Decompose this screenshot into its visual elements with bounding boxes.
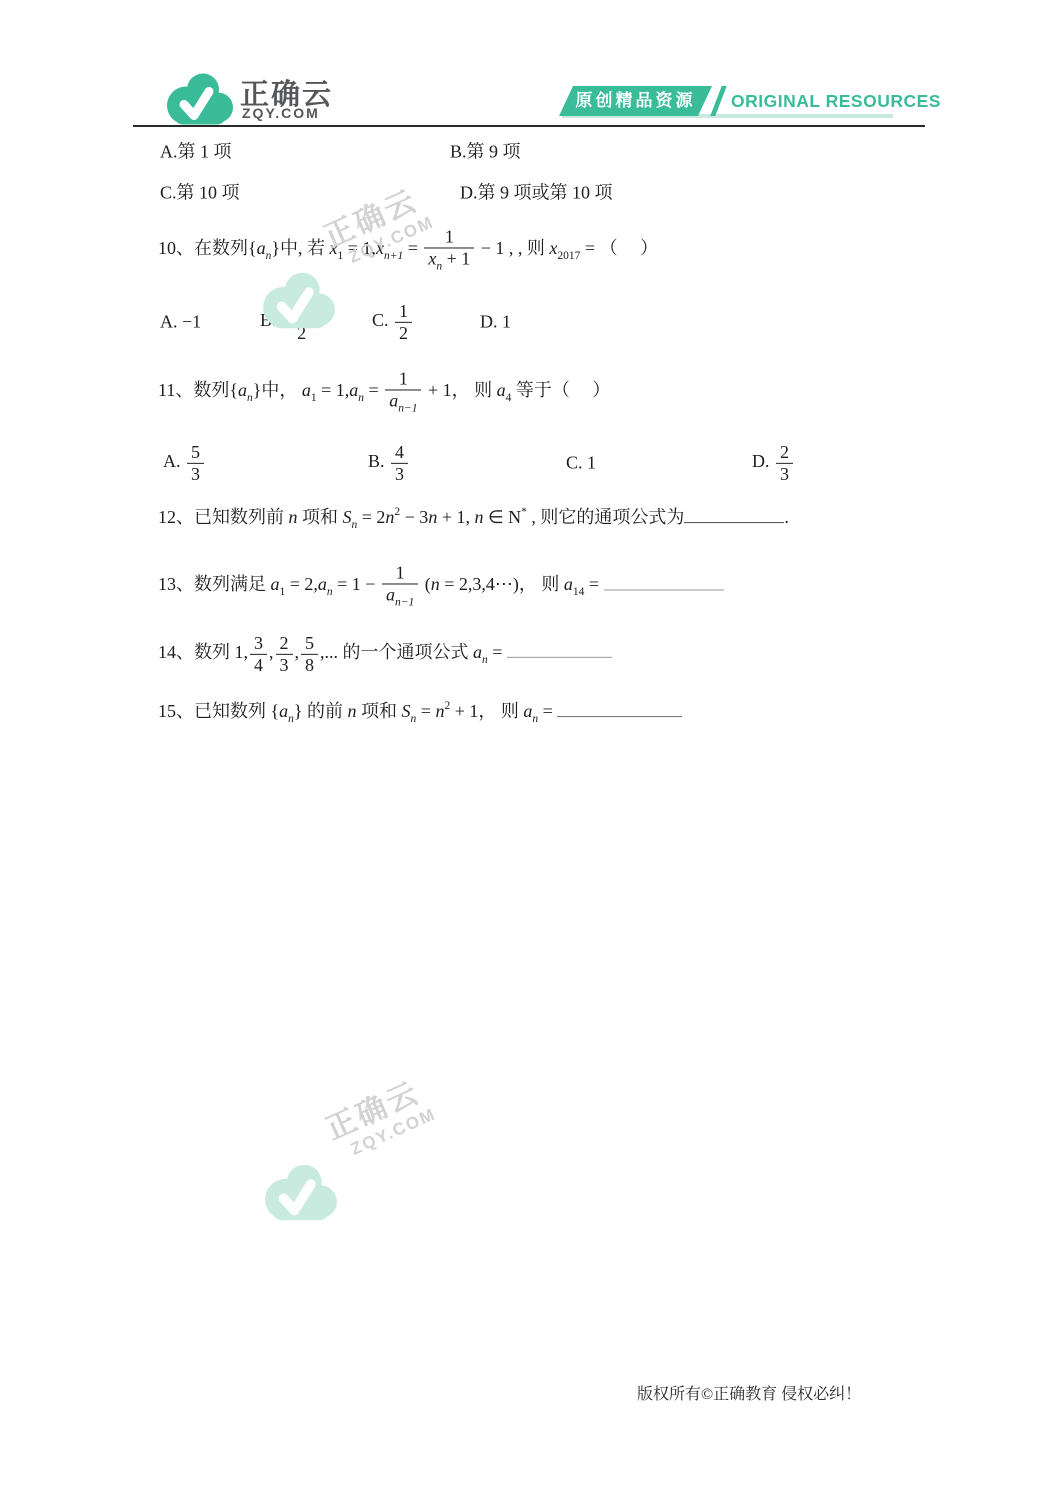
- text-seg: + 1: [442, 249, 470, 269]
- options-row-q9-ab: B.第 9 项: [450, 140, 521, 163]
- text-seg: 中, 若: [280, 238, 330, 258]
- fraction-numerator: 2: [776, 442, 793, 464]
- math-variable: a: [497, 380, 506, 400]
- question-10-options: A. −1: [160, 310, 201, 333]
- math-variable: a: [473, 642, 482, 662]
- text-seg: }: [294, 701, 303, 721]
- answer-blank: [684, 503, 784, 523]
- fraction: 12: [395, 301, 412, 343]
- text-seg: ,: [295, 642, 300, 662]
- fraction: 53: [187, 442, 204, 484]
- text-seg: ,... 的一个通项公式: [320, 642, 473, 662]
- text-seg: {: [248, 238, 257, 258]
- question-10-options: B. −12: [260, 301, 312, 343]
- text-seg: 3: [254, 633, 263, 653]
- math-variable: a: [386, 585, 395, 605]
- text-seg: =: [584, 574, 603, 594]
- fraction-denominator: 3: [187, 464, 204, 484]
- fraction-numerator: 3: [250, 633, 267, 655]
- text-seg: {: [229, 380, 238, 400]
- text-seg: 13、数列满足: [158, 574, 271, 594]
- text-seg: = 2: [357, 507, 385, 527]
- text-seg: 3: [191, 464, 200, 484]
- fraction-denominator: 3: [776, 464, 793, 484]
- text-seg: {: [271, 701, 280, 721]
- text-seg: 2: [780, 442, 789, 462]
- text-seg: − 1 , , 则: [476, 238, 549, 258]
- text-seg: 3: [280, 655, 289, 675]
- text-seg: 12、已知数列前: [158, 507, 289, 527]
- text-seg: ∈ N: [483, 507, 521, 527]
- text-seg: 1: [399, 301, 408, 321]
- text-seg: B. −: [260, 310, 291, 330]
- fraction-numerator: 1: [382, 562, 418, 584]
- zqy-cloud-logo-icon: [166, 71, 234, 128]
- text-seg: 15、已知数列: [158, 701, 271, 721]
- fraction-numerator: 1: [424, 226, 474, 248]
- options-row-q9-cd: C.第 10 项: [160, 181, 240, 204]
- text-seg: 10、在数列: [158, 238, 248, 258]
- fraction-denominator: 8: [301, 655, 318, 675]
- text-seg: =: [364, 380, 383, 400]
- text-seg: 项和: [298, 507, 343, 527]
- watermark-brand: 正确云: [322, 1075, 431, 1145]
- math-variable: x: [330, 238, 338, 258]
- fraction-denominator: xn + 1: [424, 249, 474, 274]
- fraction-denominator: 2: [395, 323, 412, 343]
- text-seg: D.: [752, 451, 774, 471]
- text-seg: 8: [305, 655, 314, 675]
- text-seg: B.: [368, 451, 389, 471]
- watermark-cloud-icon: [264, 1162, 338, 1224]
- text-seg: 5: [305, 633, 314, 653]
- watermark-domain: ZQY.COM: [348, 1104, 440, 1159]
- text-seg: − 3: [400, 507, 428, 527]
- fraction: 1an−1: [382, 562, 418, 609]
- text-seg: (: [420, 574, 431, 594]
- fraction-numerator: 2: [276, 633, 293, 655]
- subscript: n−1: [398, 403, 417, 415]
- subscript: 14: [573, 586, 585, 598]
- fraction-denominator: 3: [391, 464, 408, 484]
- fraction-numerator: 1: [385, 368, 421, 390]
- math-variable: a: [564, 574, 573, 594]
- text-seg: 14、数列 1,: [158, 642, 248, 662]
- fraction: 12: [293, 301, 310, 343]
- header-divider: [133, 125, 925, 127]
- text-seg: A.第 1 项: [160, 141, 232, 161]
- fraction-denominator: 2: [293, 323, 310, 343]
- brand-domain: ZQY.COM: [242, 105, 320, 121]
- question-11-options: C. 1: [566, 451, 596, 474]
- text-seg: 2: [280, 633, 289, 653]
- text-seg: 项和: [357, 701, 402, 721]
- text-seg: + 1， 则: [450, 701, 523, 721]
- text-seg: + 1,: [437, 507, 474, 527]
- math-variable: n: [428, 507, 437, 527]
- text-seg: }: [271, 238, 280, 258]
- text-seg: 11、数列: [158, 380, 229, 400]
- text-seg: 1: [297, 301, 306, 321]
- question-11: 11、数列{an}中， a1 = 1,an = 1an−1 + 1， 则 a4 …: [158, 368, 610, 415]
- text-seg: =: [403, 238, 422, 258]
- text-seg: ,: [269, 642, 274, 662]
- math-variable: a: [279, 701, 288, 721]
- question-14: 14、数列 1,34,23,58,... 的一个通项公式 an =: [158, 633, 612, 675]
- text-seg: 3: [780, 464, 789, 484]
- banner-en-label: ORIGINAL RESOURCES: [731, 86, 941, 116]
- text-seg: 2: [297, 323, 306, 343]
- fraction-numerator: 1: [395, 301, 412, 323]
- text-seg: D. 1: [480, 311, 511, 331]
- math-variable: a: [389, 391, 398, 411]
- fraction: 43: [391, 442, 408, 484]
- copyright-notice: 版权所有©正确教育 侵权必纠！: [637, 1381, 861, 1404]
- fraction-numerator: 1: [293, 301, 310, 323]
- text-seg: 3: [395, 464, 404, 484]
- text-seg: = 1 −: [333, 574, 380, 594]
- fraction: 58: [301, 633, 318, 675]
- math-variable: a: [523, 701, 532, 721]
- math-variable: x: [376, 238, 384, 258]
- text-seg: 1: [396, 562, 405, 582]
- text-seg: = 2,: [285, 574, 318, 594]
- text-seg: = （ ）: [580, 238, 658, 258]
- fraction: 1xn + 1: [424, 226, 474, 273]
- fraction: 23: [276, 633, 293, 675]
- question-11-options: D. 23: [752, 442, 795, 484]
- math-variable: n: [348, 701, 357, 721]
- text-seg: C.: [372, 310, 393, 330]
- banner-cn-label: 原创精品资源: [559, 86, 712, 116]
- options-row-q9-cd: D.第 9 项或第 10 项: [460, 181, 613, 204]
- question-10-options: D. 1: [480, 310, 511, 333]
- text-seg: 中，: [261, 380, 302, 400]
- text-seg: A.: [163, 451, 185, 471]
- watermark: 正确云 ZQY.COM: [264, 1116, 434, 1234]
- text-seg: =: [488, 642, 507, 662]
- text-seg: 4: [254, 655, 263, 675]
- text-seg: = 1,: [317, 380, 350, 400]
- fraction-denominator: 3: [276, 655, 293, 675]
- fraction-numerator: 4: [391, 442, 408, 464]
- text-seg: C. 1: [566, 452, 596, 472]
- options-row-q9-ab: A.第 1 项: [160, 140, 232, 163]
- math-variable: S: [402, 701, 411, 721]
- text-seg: D.第 9 项或第 10 项: [460, 182, 613, 202]
- answer-blank: [557, 697, 682, 717]
- fraction-denominator: an−1: [382, 585, 418, 610]
- answer-blank: [604, 570, 724, 590]
- math-variable: n: [289, 507, 298, 527]
- text-seg: 1: [399, 368, 408, 388]
- fraction-denominator: an−1: [385, 391, 421, 416]
- text-seg: = 2,3,4⋯)， 则: [440, 574, 564, 594]
- text-seg: , 则它的通项公式为: [527, 507, 685, 527]
- fraction: 1an−1: [385, 368, 421, 415]
- question-11-options: A. 53: [163, 442, 206, 484]
- math-variable: a: [318, 574, 327, 594]
- math-variable: S: [343, 507, 352, 527]
- text-seg: + 1， 则: [423, 380, 496, 400]
- math-variable: a: [238, 380, 247, 400]
- text-seg: =: [538, 701, 557, 721]
- text-seg: C.第 10 项: [160, 182, 240, 202]
- question-10: 10、在数列{an}中, 若 x1 = 1,xn+1 = 1xn + 1 − 1…: [158, 226, 658, 273]
- subscript: 2017: [557, 250, 580, 262]
- question-15: 15、已知数列 {an} 的前 n 项和 Sn = n2 + 1， 则 an =: [158, 697, 682, 727]
- text-seg: 2: [399, 323, 408, 343]
- fraction-numerator: 5: [301, 633, 318, 655]
- fraction-denominator: 4: [250, 655, 267, 675]
- subscript: n−1: [395, 597, 414, 609]
- text-seg: 1: [445, 226, 454, 246]
- math-variable: a: [302, 380, 311, 400]
- text-seg: 的前: [303, 701, 348, 721]
- banner-slash-icon: [710, 86, 727, 116]
- fraction: 34: [250, 633, 267, 675]
- math-variable: a: [271, 574, 280, 594]
- watermark-text: 正确云 ZQY.COM: [322, 1075, 439, 1165]
- text-seg: 5: [191, 442, 200, 462]
- math-variable: a: [349, 380, 358, 400]
- text-seg: 等于（ ）: [511, 380, 610, 400]
- fraction-numerator: 5: [187, 442, 204, 464]
- answer-blank: [507, 638, 612, 658]
- math-variable: n: [431, 574, 440, 594]
- text-seg: = 1,: [343, 238, 376, 258]
- text-seg: 4: [395, 442, 404, 462]
- text-seg: =: [416, 701, 435, 721]
- text-seg: B.第 9 项: [450, 141, 521, 161]
- math-variable: a: [257, 238, 266, 258]
- text-seg: .: [784, 507, 789, 527]
- question-13: 13、数列满足 a1 = 2,an = 1 − 1an−1 (n = 2,3,4…: [158, 562, 724, 609]
- fraction: 23: [776, 442, 793, 484]
- question-12: 12、已知数列前 n 项和 Sn = 2n2 − 3n + 1, n ∈ N* …: [158, 503, 789, 533]
- subscript: n+1: [384, 250, 403, 262]
- text-seg: A. −1: [160, 311, 201, 331]
- document-page: 正确云 ZQY.COM 原创精品资源 ORIGINAL RESOURCES A.…: [0, 0, 1058, 1497]
- question-10-options: C. 12: [372, 301, 414, 343]
- question-11-options: B. 43: [368, 442, 410, 484]
